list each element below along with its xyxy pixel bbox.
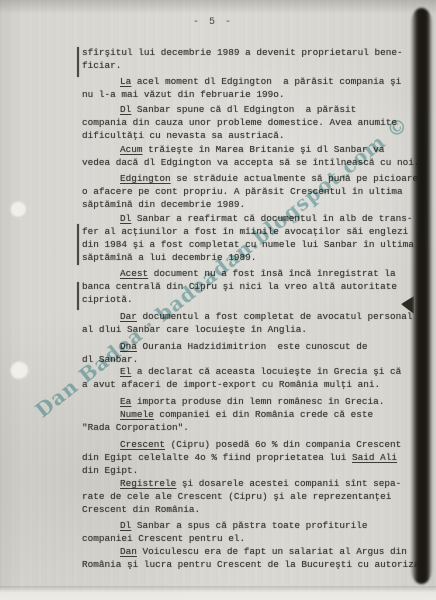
paragraph: Crescent (Cipru) posedă 6o % din compani… (82, 439, 422, 478)
paragraph: Acum trăieşte în Marea Britanie şi dl Sa… (82, 144, 422, 170)
scan-edge-bar (411, 8, 432, 584)
text-line: din Egipt. (82, 465, 422, 478)
text-line: Dar documentul a fost completat de avoca… (82, 311, 422, 324)
paragraph: Dan Voiculescu era de fapt un salariat a… (82, 546, 422, 572)
text-line: Dl Sanbar a spus că păstra toate profitu… (82, 520, 422, 533)
text-line: dl Sanbar. (82, 354, 422, 367)
paragraph: Numele companiei ei din România crede că… (82, 409, 422, 435)
margin-mark (77, 224, 79, 265)
text-line: Ea importa produse din lemn românesc în … (82, 396, 422, 409)
text-line: a avut afaceri de import-export cu Român… (82, 379, 422, 392)
text-line: El a declarat că aceasta locuieşte în Gr… (82, 366, 422, 379)
paragraph: Ea importa produse din lemn românesc în … (82, 396, 422, 409)
text-line: rate de cele ale Crescent (Cipru) şi ale… (82, 491, 422, 504)
text-line: o afacere pe cont propriu. A părăsit Cre… (82, 186, 422, 199)
text-line: săptămînă din decembrie 1989. (82, 199, 422, 212)
scanned-document-page: - 5 - sfîrşitul lui decembrie 1989 a dev… (0, 0, 436, 600)
text-line: al dlui Sanbar care locuieşte în Anglia. (82, 324, 422, 337)
text-line: nu l-a mai văzut din februarie 199o. (82, 89, 422, 102)
text-line: săptămînă a lui decembrie 1989. (82, 252, 422, 265)
text-line: Acest document nu a fost însă încă înreg… (82, 268, 422, 281)
document-body: sfîrşitul lui decembrie 1989 a devenit p… (0, 0, 436, 600)
text-line: companiei Crescent pentru el. (82, 533, 422, 546)
margin-mark (77, 47, 79, 77)
text-line: Acum trăieşte în Marea Britanie şi dl Sa… (82, 144, 422, 157)
paragraph: Registrele şi dosarele acestei companii … (82, 478, 422, 517)
text-line: Numele companiei ei din România crede că… (82, 409, 422, 422)
paragraph: Dar documentul a fost completat de avoca… (82, 311, 422, 337)
paragraph: Dl Sanbar spune că dl Edgington a părăsi… (82, 104, 422, 143)
paragraph: sfîrşitul lui decembrie 1989 a devenit p… (82, 47, 422, 73)
text-line: din 1984 şi a fost completat cu numele l… (82, 239, 422, 252)
text-line: fer al acţiunilor a fost în mîinile avoc… (82, 226, 422, 239)
text-line: Dna Ourania Hadzidimitrion este cunoscut… (82, 341, 422, 354)
punch-hole (10, 201, 27, 218)
text-line: Dan Voiculescu era de fapt un salariat a… (82, 546, 422, 559)
text-line: sfîrşitul lui decembrie 1989 a devenit p… (82, 47, 422, 60)
text-line: din Egipt celelalte 4o % fiind proprieta… (82, 452, 422, 465)
text-line: ficiar. (82, 60, 422, 73)
punch-hole (10, 361, 29, 380)
text-line: România şi lucra pentru Crescent de la B… (82, 559, 422, 572)
text-line: Crescent (Cipru) posedă 6o % din compani… (82, 439, 422, 452)
text-line: Registrele şi dosarele acestei companii … (82, 478, 422, 491)
text-line: banca centrală din Cipru şi nici la vreo… (82, 281, 422, 294)
text-line: Crescent din România. (82, 504, 422, 517)
text-line: Dl Sanbar a reafirmat că documentul în a… (82, 213, 422, 226)
text-line: La acel moment dl Edgington a părăsit co… (82, 76, 422, 89)
paragraph: Dl Sanbar a reafirmat că documentul în a… (82, 213, 422, 265)
paragraph: Dna Ourania Hadzidimitrion este cunoscut… (82, 341, 422, 367)
paragraph: Acest document nu a fost însă încă înreg… (82, 268, 422, 307)
text-line: vedea dacă dl Edgington va accepta să se… (82, 157, 422, 170)
text-line: Edgington se străduie actualmente să pun… (82, 173, 422, 186)
text-line: Dl Sanbar spune că dl Edgington a părăsi… (82, 104, 422, 117)
scan-bottom-edge (0, 586, 436, 600)
margin-mark (77, 282, 79, 310)
paragraph: La acel moment dl Edgington a părăsit co… (82, 76, 422, 102)
paragraph: Dl Sanbar a spus că păstra toate profitu… (82, 520, 422, 546)
text-line: cipriotă. (82, 294, 422, 307)
text-line: "Rada Corporation". (82, 422, 422, 435)
text-line: compania din cauza unor probleme domesti… (82, 117, 422, 130)
text-line: dificultăţi cu nevasta sa austriacă. (82, 130, 422, 143)
paragraph: Edgington se străduie actualmente să pun… (82, 173, 422, 212)
paragraph: El a declarat că aceasta locuieşte în Gr… (82, 366, 422, 392)
